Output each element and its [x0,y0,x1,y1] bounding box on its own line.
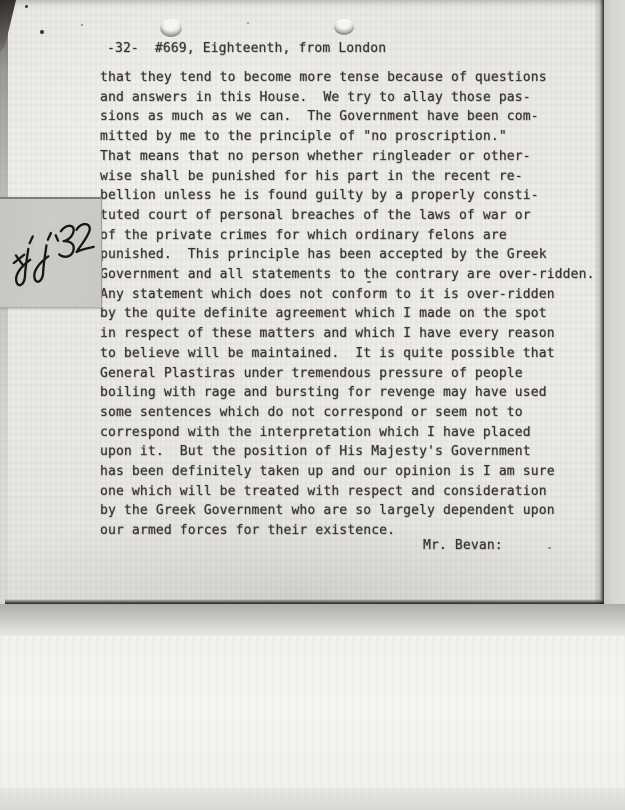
bottom-edge-strip [0,788,625,810]
scanned-document-photo: -32- #669, Eighteenth, from London that … [0,0,625,810]
handwriting-stroke [47,233,51,240]
dust-speck [247,22,249,24]
handwriting-stroke [29,236,33,243]
handwriting-stroke [14,249,33,286]
handwriting-stroke [74,223,94,252]
annotation-text: jj32 [0,199,1,200]
page-top-edge [0,0,604,7]
background-right-strip [604,0,625,634]
punch-hole-icon [160,19,182,37]
dust-speck [81,24,83,26]
punch-hole-icon [334,19,354,35]
page-drop-shadow [0,604,625,636]
dust-speck [40,30,44,34]
handwritten-annotation [3,213,101,299]
signature-line: Mr. Bevan: [423,538,503,553]
handwriting-stroke [32,245,51,282]
underlying-sheet [0,636,625,810]
dust-speck [548,547,551,549]
handwriting-stroke [57,225,76,257]
page-header: -32- #669, Eighteenth, from London [107,41,386,56]
handwriting-stroke [56,235,58,241]
document-page: -32- #669, Eighteenth, from London that … [0,0,604,604]
corner-fold-mark [0,0,18,52]
document-body: that they tend to become more tense beca… [100,68,600,541]
archive-label-sticker: jj32 [0,197,102,308]
dust-speck [25,5,28,8]
